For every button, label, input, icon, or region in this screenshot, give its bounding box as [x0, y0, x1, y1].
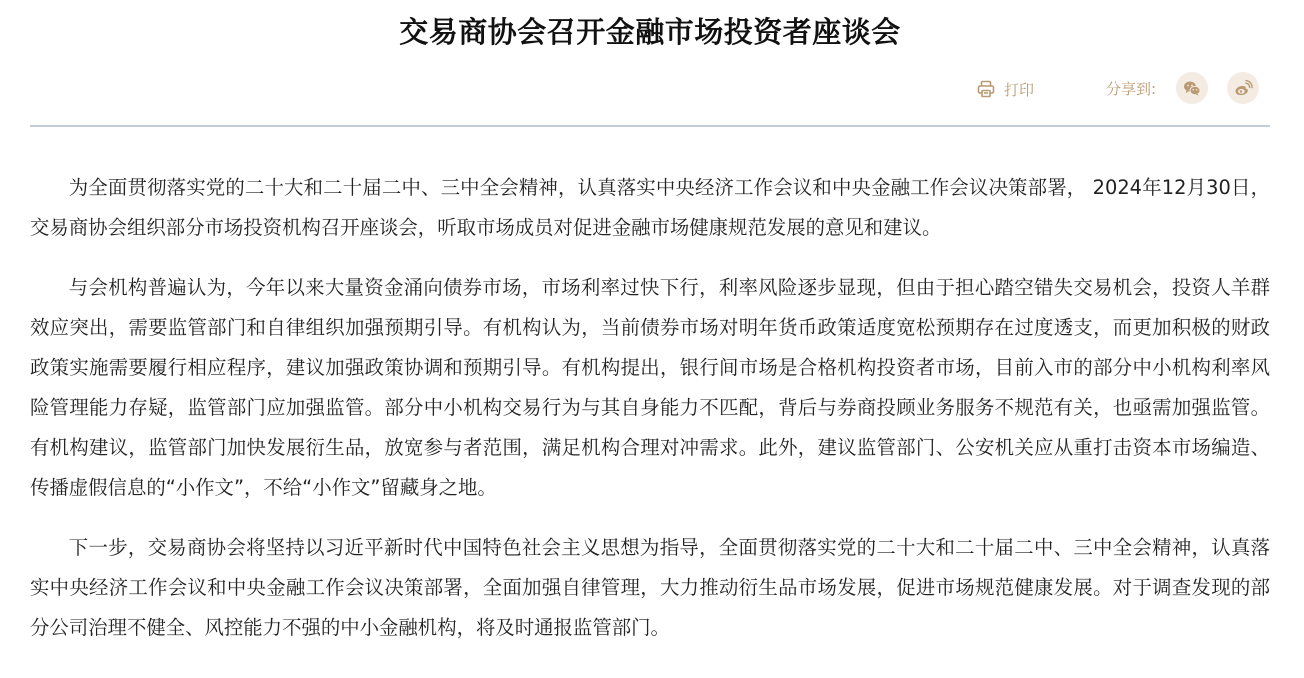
article-toolbar: 打印 分享到: — [30, 72, 1270, 106]
print-button[interactable]: 打印 — [976, 76, 1034, 102]
weibo-icon — [1233, 78, 1253, 98]
share-label: 分享到: — [1106, 76, 1156, 102]
article: 交易商协会召开金融市场投资者座谈会 打印 分享到: — [30, 0, 1270, 54]
article-body: 为全面贯彻落实党的二十大和二十届二中、三中全会精神，认真落实中央经济工作会议和中… — [30, 168, 1270, 668]
share-wechat-button[interactable] — [1176, 72, 1208, 104]
share-weibo-button[interactable] — [1227, 72, 1259, 104]
paragraph: 为全面贯彻落实党的二十大和二十届二中、三中全会精神，认真落实中央经济工作会议和中… — [30, 168, 1270, 248]
wechat-icon — [1182, 78, 1202, 98]
title-divider — [30, 125, 1270, 127]
paragraph: 与会机构普遍认为，今年以来大量资金涌向债券市场，市场利率过快下行，利率风险逐步显… — [30, 268, 1270, 508]
print-label: 打印 — [1004, 79, 1034, 100]
paragraph: 下一步，交易商协会将坚持以习近平新时代中国特色社会主义思想为指导，全面贯彻落实党… — [30, 528, 1270, 648]
article-title: 交易商协会召开金融市场投资者座谈会 — [30, 0, 1270, 54]
printer-icon — [976, 79, 996, 99]
